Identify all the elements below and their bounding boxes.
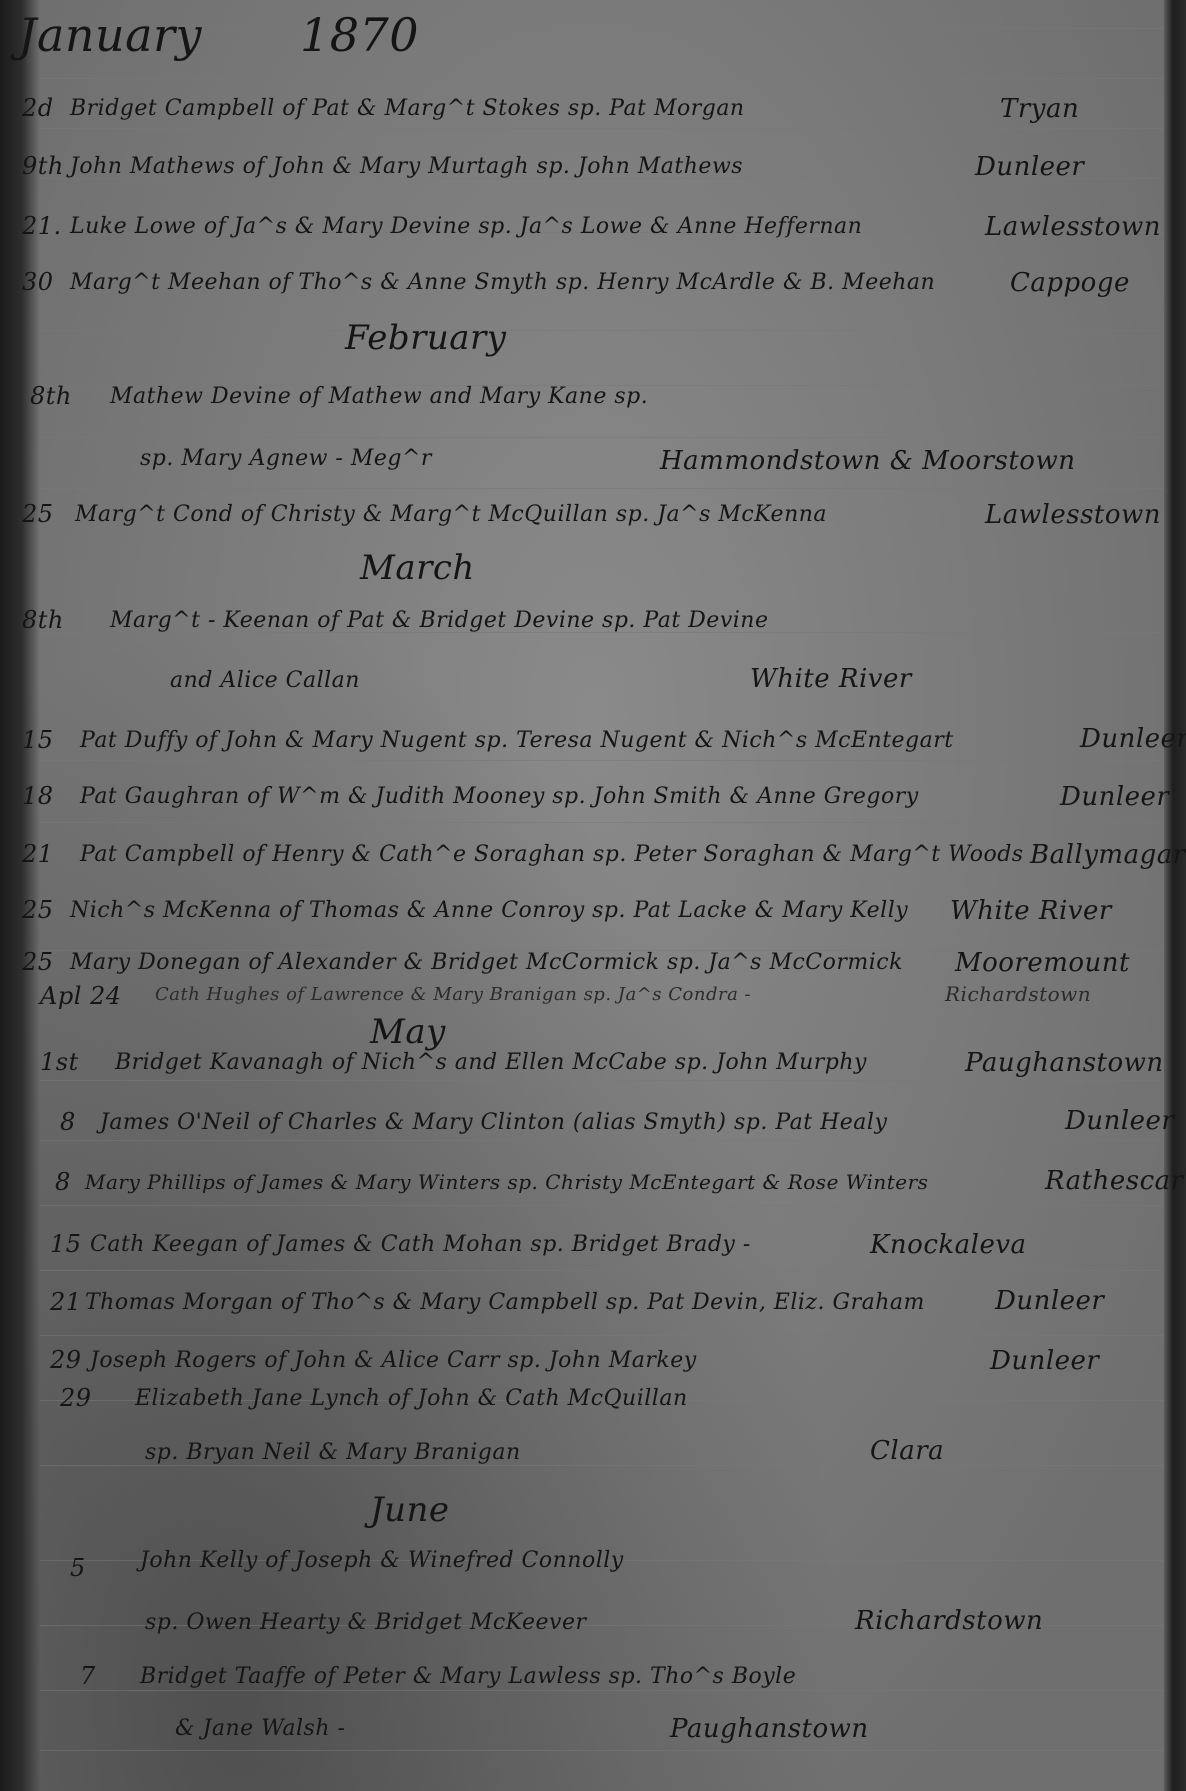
entry-continuation: and Alice Callan: [170, 668, 360, 693]
entry-text: John Kelly of Joseph & Winefred Connolly: [140, 1548, 624, 1573]
entry-continuation: & Jane Walsh -: [175, 1716, 345, 1741]
entry-text: John Mathews of John & Mary Murtagh sp. …: [70, 154, 743, 179]
entry-text: Marg^t - Keenan of Pat & Bridget Devine …: [110, 608, 768, 633]
entry-date: 25: [22, 948, 54, 976]
entry-text: Thomas Morgan of Tho^s & Mary Campbell s…: [85, 1290, 925, 1315]
entry-place: Knockaleva: [870, 1230, 1027, 1260]
header-year: 1870: [300, 8, 419, 62]
entry-date: 18: [22, 782, 54, 810]
entry-place: White River: [750, 664, 912, 694]
entry-date: 15: [22, 726, 54, 754]
entry-place: White River: [950, 896, 1112, 926]
entry-text: Joseph Rogers of John & Alice Carr sp. J…: [90, 1348, 697, 1373]
month-heading: February: [345, 318, 507, 358]
entry-continuation: sp. Mary Agnew - Meg^r: [140, 446, 432, 471]
register-page: January 1870 2d Bridget Campbell of Pat …: [0, 0, 1186, 1791]
entry-text: Bridget Campbell of Pat & Marg^t Stokes …: [70, 96, 745, 121]
entry-date: 25: [22, 500, 54, 528]
entry-date: 5: [70, 1554, 86, 1582]
entry-continuation: sp. Owen Hearty & Bridget McKeever: [145, 1610, 587, 1635]
entry-date: 8th: [30, 382, 72, 410]
entry-place: Dunleer: [1080, 724, 1186, 754]
entry-continuation: sp. Bryan Neil & Mary Branigan: [145, 1440, 521, 1465]
entry-date: 29: [50, 1346, 82, 1374]
entry-date: 8: [55, 1168, 71, 1196]
entry-date: 9th: [22, 152, 64, 180]
entry-place: Clara: [870, 1436, 944, 1466]
entry-place: Cappoge: [1010, 268, 1130, 298]
entry-place: Rathescar: [1045, 1166, 1184, 1196]
entry-place: Tryan: [1000, 94, 1079, 124]
entry-date: 8th: [22, 606, 64, 634]
entry-text: Pat Campbell of Henry & Cath^e Soraghan …: [80, 842, 1024, 867]
entry-text: Mary Phillips of James & Mary Winters sp…: [85, 1170, 928, 1194]
month-heading: June: [370, 1490, 450, 1530]
entry-text: Luke Lowe of Ja^s & Mary Devine sp. Ja^s…: [70, 214, 862, 239]
entry-place: Paughanstown: [965, 1048, 1164, 1078]
page-edge-right: [1164, 0, 1186, 1791]
entry-text: Cath Hughes of Lawrence & Mary Branigan …: [155, 984, 751, 1005]
entry-date: 29: [60, 1384, 92, 1412]
entry-place: Richardstown: [855, 1606, 1043, 1636]
entry-text: James O'Neil of Charles & Mary Clinton (…: [100, 1110, 887, 1135]
entry-date: 21: [22, 840, 54, 868]
entry-place: Dunleer: [990, 1346, 1099, 1376]
entry-text: Bridget Taaffe of Peter & Mary Lawless s…: [140, 1664, 796, 1689]
entry-text: Nich^s McKenna of Thomas & Anne Conroy s…: [70, 898, 908, 923]
entry-date: 30: [22, 268, 54, 296]
entry-date: 21: [50, 1288, 82, 1316]
entry-place: Lawlesstown: [985, 212, 1161, 242]
entry-date: 8: [60, 1108, 76, 1136]
entry-place: Mooremount: [955, 948, 1130, 978]
entry-text: Mary Donegan of Alexander & Bridget McCo…: [70, 950, 903, 975]
entry-place: Dunleer: [1060, 782, 1169, 812]
entry-date: 21.: [22, 212, 62, 240]
entry-place: Hammondstown & Moorstown: [660, 446, 1075, 476]
header-month: January: [18, 8, 202, 62]
entry-text: Pat Gaughran of W^m & Judith Mooney sp. …: [80, 784, 919, 809]
entry-text: Elizabeth Jane Lynch of John & Cath McQu…: [135, 1386, 688, 1411]
entry-date: 1st: [40, 1048, 79, 1076]
entry-date: 7: [80, 1662, 96, 1690]
entry-text: Bridget Kavanagh of Nich^s and Ellen McC…: [115, 1050, 867, 1075]
entry-text: Mathew Devine of Mathew and Mary Kane sp…: [110, 384, 648, 409]
entry-place: Dunleer: [1065, 1106, 1174, 1136]
entry-place: Lawlesstown: [985, 500, 1161, 530]
entry-text: Pat Duffy of John & Mary Nugent sp. Tere…: [80, 728, 954, 753]
entry-date: Apl 24: [40, 982, 122, 1010]
entry-place: Dunleer: [975, 152, 1084, 182]
entry-place: Paughanstown: [670, 1714, 869, 1744]
month-heading: March: [360, 548, 475, 588]
entry-date: 2d: [22, 94, 54, 122]
entry-text: Marg^t Meehan of Tho^s & Anne Smyth sp. …: [70, 270, 935, 295]
entry-place: Dunleer: [995, 1286, 1104, 1316]
entry-text: Marg^t Cond of Christy & Marg^t McQuilla…: [75, 502, 827, 527]
entry-date: 25: [22, 896, 54, 924]
entry-place: Richardstown: [945, 982, 1091, 1006]
entry-text: Cath Keegan of James & Cath Mohan sp. Br…: [90, 1232, 751, 1257]
month-heading: May: [370, 1012, 446, 1052]
entry-date: 15: [50, 1230, 82, 1258]
entry-place: Ballymagar: [1030, 840, 1186, 870]
